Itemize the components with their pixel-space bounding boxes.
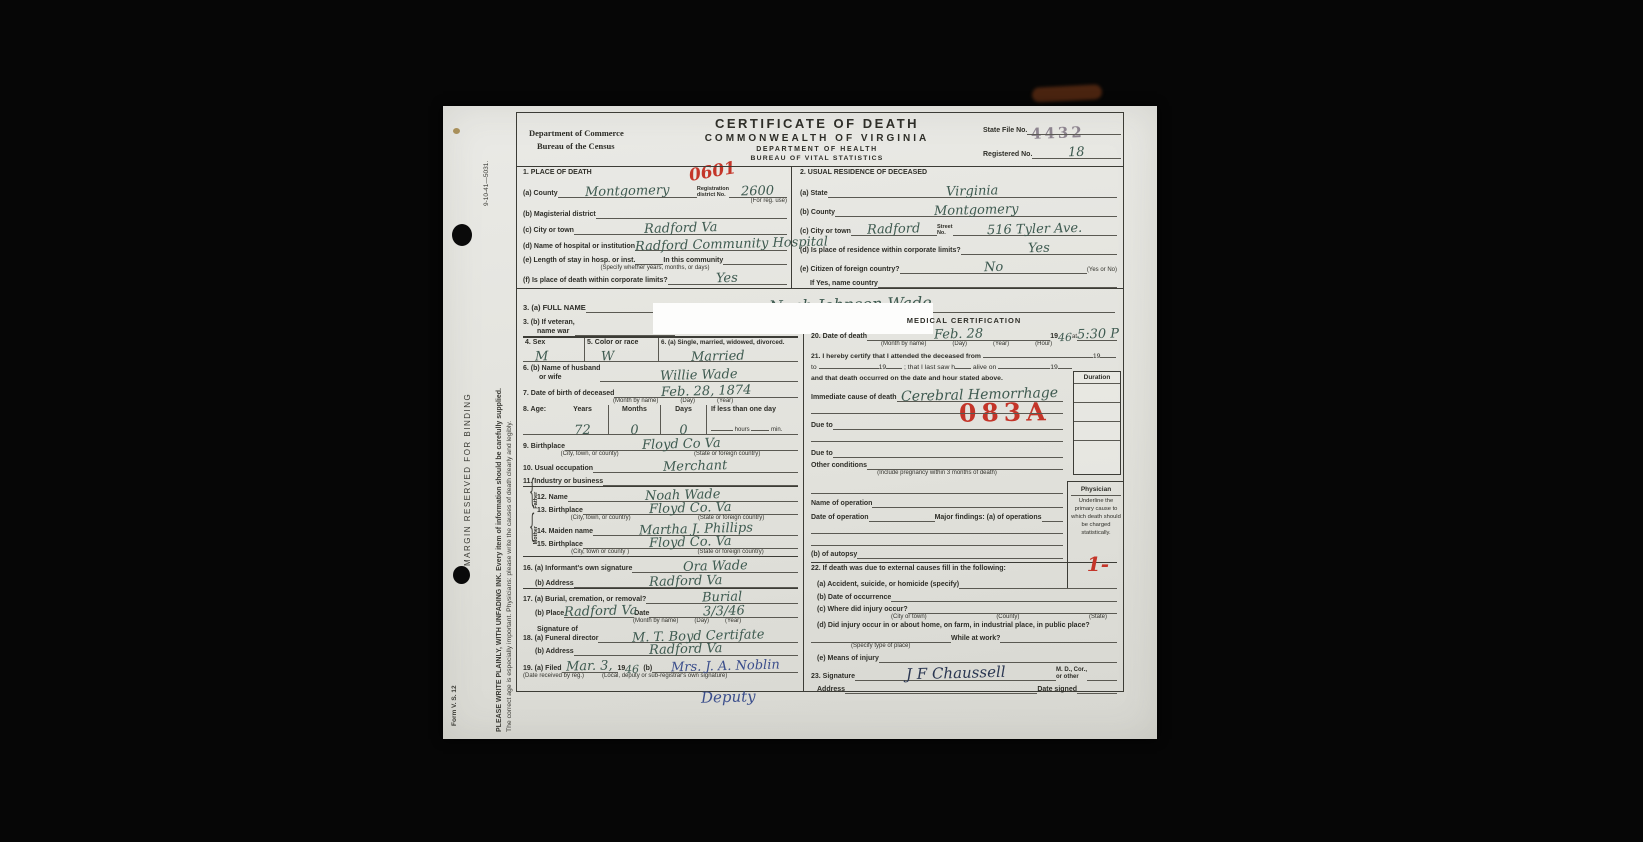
date-signed-label: Date signed xyxy=(1037,686,1077,694)
burial-date-line: 3/3/46 xyxy=(649,606,798,618)
dd-note-month: (Month by name) xyxy=(881,341,926,349)
age-label-cell: 8. Age: xyxy=(523,405,557,434)
father-name-value: Noah Wade xyxy=(645,490,721,501)
mother-bp-note-1: (City, town or county ) xyxy=(571,549,629,556)
months-value: 0 xyxy=(609,425,660,435)
due-to-2-label: Due to xyxy=(811,450,833,458)
age-row: 8. Age: Years 72 Months 0 Days 0 xyxy=(523,405,798,435)
other-conditions-label: Other conditions xyxy=(811,462,867,470)
funeral-address-line: Radford Va xyxy=(574,644,798,656)
occurrence-date-line xyxy=(891,601,1117,602)
sig-address-line xyxy=(845,693,1037,694)
city-town-line: Radford Va xyxy=(574,223,787,235)
commonwealth-subtitle: COMMONWEALTH OF VIRGINIA xyxy=(667,133,967,145)
stay-note: (Specify whether years, months, or days) xyxy=(600,265,709,272)
birth-date-value: Feb. 28, 1874 xyxy=(661,386,752,397)
due-to-1-line xyxy=(833,429,1063,430)
dd-note-year: (Year) xyxy=(993,341,1009,349)
death-year-print: 19 xyxy=(1050,333,1058,341)
form-header: Department of Commerce Bureau of the Cen… xyxy=(517,113,1123,167)
regdist-label: Registration district No. xyxy=(697,186,729,198)
res-corporate-value: Yes xyxy=(1028,244,1050,254)
registrar-line: Mrs. J. A. Noblin xyxy=(652,661,798,673)
md-cor-label: M. D., Cor., or other xyxy=(1056,667,1087,681)
issuing-department: Department of Commerce Bureau of the Cen… xyxy=(529,127,624,153)
birth-note-month: (Month by name) xyxy=(613,398,658,405)
father-birthplace-line: Floyd Co. Va xyxy=(583,503,798,515)
injury-place-line xyxy=(811,636,951,643)
dd-note-hour: (Hour) xyxy=(1035,341,1052,349)
registrar-value: Mrs. J. A. Noblin xyxy=(671,661,780,673)
death-hour-line: 5:30 P xyxy=(1077,329,1117,341)
spouse-value: Willie Wade xyxy=(660,370,738,381)
state-label: (a) State xyxy=(800,190,828,198)
hospital-value: Radford Community Hospital xyxy=(635,237,828,251)
marital-value: Married xyxy=(661,350,796,363)
city-town-value: Radford Va xyxy=(644,223,718,234)
corporate-limits-label: (f) Is place of death within corporate l… xyxy=(523,277,668,285)
binding-margin: 9-10-41—5031. MARGIN RESERVED FOR BINDIN… xyxy=(443,106,515,739)
dept-line-1: Department of Commerce xyxy=(529,127,624,140)
print-code: 9-10-41—5031. xyxy=(483,161,490,206)
magisterial-district-label: (b) Magisterial district xyxy=(523,211,596,219)
magisterial-district-line xyxy=(596,210,787,219)
other-conditions-line xyxy=(867,469,1063,470)
attendance-certification: 21. I hereby certify that I attended the… xyxy=(811,351,1117,384)
sex-label: 4. Sex xyxy=(525,339,582,347)
res-county-value: Montgomery xyxy=(934,205,1019,216)
foreign-citizen-value: No xyxy=(983,263,1002,272)
bureau-vital-statistics: BUREAU OF VITAL STATISTICS xyxy=(667,155,967,163)
county-label: (a) County xyxy=(523,190,558,198)
street-label: Street No. xyxy=(937,224,953,236)
birth-date-line: Feb. 28, 1874 xyxy=(614,386,798,398)
informant-value: Ora Wade xyxy=(683,561,748,572)
corporate-limits-value: Yes xyxy=(716,274,738,284)
registered-no-line: 18 xyxy=(1032,147,1121,159)
s21-19a: 19 xyxy=(1093,353,1101,360)
causes-block: Immediate cause of death Cerebral Hemorr… xyxy=(811,384,1117,478)
occupation-label: 10. Usual occupation xyxy=(523,465,593,473)
burial-value: Burial xyxy=(702,592,742,602)
cause-continuation-line xyxy=(811,413,1063,414)
duration-line-3 xyxy=(1074,422,1120,441)
years-value: 72 xyxy=(557,425,608,435)
death-date-value: Feb. 28 xyxy=(934,329,983,339)
registrar-label: (b) xyxy=(643,665,652,673)
state-line: Virginia xyxy=(828,186,1117,198)
due-to-1b-line xyxy=(811,441,1063,442)
dd-note-day: (Day) xyxy=(952,341,967,349)
place-type-note: (Specify type of place) xyxy=(851,643,910,651)
state-file-label: State File No. xyxy=(983,127,1027,135)
burial-note-year: (Year) xyxy=(725,618,741,625)
birthplace-note-1: (City, town, or county) xyxy=(561,451,619,458)
while-at-work-label: While at work? xyxy=(951,635,1000,643)
informant-line: Ora Wade xyxy=(632,561,798,573)
days-value: 0 xyxy=(661,425,706,435)
burial-line: Burial xyxy=(646,592,798,604)
state-file-line xyxy=(1027,134,1121,135)
physician-header: Physician xyxy=(1071,486,1121,496)
filed-label: 19. (a) Filed xyxy=(523,665,562,673)
s21-19c: 19 xyxy=(1050,364,1058,371)
signature-label: 23. Signature xyxy=(811,673,855,681)
operation-name-line xyxy=(872,507,1063,508)
filed-year-value: 46 xyxy=(625,665,639,674)
hospital-line: Radford Community Hospital xyxy=(635,239,787,251)
res-county-label: (b) County xyxy=(800,209,835,217)
spacer-line xyxy=(811,493,1063,494)
regdist-line: 2600 xyxy=(729,186,787,198)
cause-line: Cerebral Hemorrhage xyxy=(897,390,1063,402)
section-1-title: 1. PLACE OF DEATH xyxy=(523,169,787,179)
physician-box: Physician Underline the primary cause to… xyxy=(1067,481,1123,589)
father-birthplace-value: Floyd Co. Va xyxy=(649,503,732,514)
birthplace-line: Floyd Co Va xyxy=(565,439,798,451)
death-hour-value: 5:30 P xyxy=(1077,329,1119,339)
death-date-label: 20. Date of death xyxy=(811,333,867,341)
s21-mid: ; that I last saw h xyxy=(904,364,955,371)
yes-no-note: (Yes or No) xyxy=(1087,267,1117,274)
autopsy-line xyxy=(857,558,1063,559)
certificate-title: CERTIFICATE OF DEATH xyxy=(667,117,967,132)
section-2-title: 2. USUAL RESIDENCE OF DECEASED xyxy=(800,169,1117,179)
death-date-line: Feb. 28 xyxy=(867,329,1050,341)
sig-address-label: Address xyxy=(811,686,845,694)
physician-note: Underline the primary cause to which dea… xyxy=(1071,498,1121,537)
father-bp-note-1: (City, town, or country) xyxy=(571,515,631,522)
age-days-cell: Days 0 xyxy=(661,405,707,434)
paper-speck xyxy=(453,128,460,134)
race-value: W xyxy=(587,351,656,362)
margin-binding-text: MARGIN RESERVED FOR BINDING xyxy=(463,393,472,566)
burial-place-label: (b) Place xyxy=(523,610,564,618)
occurrence-date-label: (b) Date of occurrence xyxy=(811,594,891,602)
less-than-day-cell: If less than one day hours min. xyxy=(707,405,798,434)
father-brace: { xyxy=(529,476,535,513)
findings-line-3 xyxy=(811,545,1063,546)
injury-note-county: (County) xyxy=(996,614,1019,622)
veteran-label: 3. (b) If veteran, name war xyxy=(523,318,575,336)
age-months-cell: Months 0 xyxy=(609,405,661,434)
lower-columns: 3. (b) If veteran, name war 4. Sex M 5. … xyxy=(517,315,1123,691)
s21-line1: 21. I hereby certify that I attended the… xyxy=(811,353,981,360)
race-cell: 5. Color or race W xyxy=(585,338,659,361)
hospital-label: (d) Name of hospital or institution xyxy=(523,243,635,251)
marital-label: 6. (a) Single, married, widowed, divorce… xyxy=(661,339,796,346)
means-of-injury-label: (e) Means of injury xyxy=(811,655,879,663)
father-group: Father { 12. Name Noah Wade 13. Birthpla… xyxy=(523,486,798,522)
duration-line-1 xyxy=(1074,384,1120,403)
min-label: min. xyxy=(771,427,782,433)
father-birthplace-label: 13. Birthplace xyxy=(537,507,583,515)
instruction-line-2: The correct age is especially important.… xyxy=(506,421,513,732)
hole-punch-top xyxy=(452,224,472,246)
informant-address-value: Radford Va xyxy=(649,576,723,587)
foreign-citizen-line: No xyxy=(900,262,1087,274)
res-city-value: Radford xyxy=(867,224,921,234)
mother-name-label: 14. Maiden name xyxy=(537,528,593,536)
birth-note-year: (Year) xyxy=(717,398,733,405)
regdist-value: 2600 xyxy=(741,187,774,197)
funeral-address-value: Radford Va xyxy=(649,644,723,655)
s21-alive: alive on xyxy=(973,364,996,371)
certificate-form: 0601 4432 Department of Commerce Bureau … xyxy=(516,112,1124,692)
city-town-label: (c) City or town xyxy=(523,227,574,235)
sex-race-marital-row: 4. Sex M 5. Color or race W 6. (a) Singl… xyxy=(523,337,798,362)
mother-brace: { xyxy=(529,511,535,548)
mother-birthplace-line: Floyd Co. Va xyxy=(583,537,798,549)
mother-group: Mother { 14. Maiden name Martha J. Phill… xyxy=(523,522,798,556)
dept-health: DEPARTMENT OF HEALTH xyxy=(667,146,967,154)
filed-line: Mar. 3, xyxy=(562,661,618,673)
corporate-limits-line: Yes xyxy=(668,273,787,285)
duration-line-2 xyxy=(1074,403,1120,422)
burial-place-line: Radford Va xyxy=(564,606,634,618)
duration-line-4 xyxy=(1074,441,1120,460)
instruction-line-1: PLEASE WRITE PLAINLY, WITH UNFADING INK.… xyxy=(496,388,503,732)
registered-no-value: 18 xyxy=(1068,148,1085,157)
funeral-director-label: Signature of 18. (a) Funeral director xyxy=(523,626,598,643)
mother-birthplace-label: 15. Birthplace xyxy=(537,541,583,549)
occupation-value: Merchant xyxy=(663,461,727,472)
stay-length-label: (e) Length of stay in hosp. or inst. xyxy=(523,257,635,265)
injury-where-line xyxy=(908,613,1117,614)
medical-column: 083A 1- MEDICAL CERTIFICATION 20. Date o… xyxy=(804,315,1123,691)
street-value: 516 Tyler Ave. xyxy=(987,224,1082,235)
stay-length-line xyxy=(635,258,663,265)
state-value: Virginia xyxy=(946,186,999,196)
full-name-label: 3. (a) FULL NAME xyxy=(523,304,586,313)
section-1-place-of-death: 1. PLACE OF DEATH (a) County Montgomery … xyxy=(517,167,792,288)
sex-cell: 4. Sex M xyxy=(523,338,585,361)
foreign-citizen-label: (e) Citizen of foreign country? xyxy=(800,266,900,274)
res-city-line: Radford xyxy=(851,224,937,236)
age-years-cell: Years 72 xyxy=(557,405,609,434)
md-cor-line xyxy=(1087,674,1117,681)
signature-line: J F Chaussell xyxy=(855,668,1056,681)
industry-line xyxy=(603,477,798,486)
duration-box: Duration xyxy=(1073,371,1121,475)
injury-note-state: (State) xyxy=(1089,614,1107,622)
major-findings-label: Major findings: (a) of operations xyxy=(935,514,1042,522)
informant-label: 16. (a) Informant's own signature xyxy=(523,565,632,573)
operation-date-line xyxy=(869,515,935,522)
spouse-label: 6. (b) Name of husband or wife xyxy=(523,365,600,382)
death-certificate-scan: 9-10-41—5031. MARGIN RESERVED FOR BINDIN… xyxy=(443,106,1157,739)
injury-home-label: (d) Did injury occur in or about home, o… xyxy=(811,622,1117,632)
birthplace-label: 9. Birthplace xyxy=(523,443,565,451)
autopsy-label: (b) of autopsy xyxy=(811,551,857,559)
due-to-2-line xyxy=(833,457,1063,458)
sex-value: M xyxy=(525,351,582,361)
age-label: 8. Age: xyxy=(523,406,557,414)
death-year-value: 46 xyxy=(1058,333,1072,342)
res-county-line: Montgomery xyxy=(835,205,1117,217)
less-than-day-label: If less than one day xyxy=(711,406,798,414)
burial-date-value: 3/3/46 xyxy=(703,606,745,616)
section-2-usual-residence: 2. USUAL RESIDENCE OF DECEASED (a) State… xyxy=(792,167,1123,288)
marital-cell: 6. (a) Single, married, widowed, divorce… xyxy=(659,338,798,361)
file-numbers: State File No. Registered No. 18 xyxy=(983,123,1121,159)
s21-to: to xyxy=(811,364,817,371)
funeral-address-label: (b) Address xyxy=(523,648,574,656)
pregnancy-note: (Include pregnancy within 3 months of de… xyxy=(877,470,997,478)
date-signed-line xyxy=(1077,687,1117,694)
dept-line-2: Bureau of the Census xyxy=(529,140,624,153)
months-label: Months xyxy=(609,406,660,414)
duration-header: Duration xyxy=(1074,372,1120,384)
name-country-label: If Yes, name country xyxy=(800,280,878,288)
mother-bp-note-2: (State or foreign country) xyxy=(697,549,763,556)
deputy-annotation: Deputy xyxy=(701,688,756,706)
name-country-line xyxy=(878,287,1117,288)
in-community-line xyxy=(723,264,787,265)
regdist-note: (For reg. use) xyxy=(751,198,787,205)
birthplace-value: Floyd Co Va xyxy=(642,439,721,450)
cause-value: Cerebral Hemorrhage xyxy=(901,389,1058,402)
res-corporate-line: Yes xyxy=(961,243,1117,255)
title-block: CERTIFICATE OF DEATH COMMONWEALTH OF VIR… xyxy=(667,117,967,163)
birthplace-note-2: (State or foreign country) xyxy=(694,451,760,458)
informant-address-label: (b) Address xyxy=(523,580,574,588)
father-name-label: 12. Name xyxy=(537,494,568,502)
hours-label: hours xyxy=(735,427,750,433)
accident-label: (a) Accident, suicide, or homicide (spec… xyxy=(811,581,959,589)
burial-place-value: Radford Va xyxy=(564,606,638,617)
while-at-work-line xyxy=(1000,642,1117,643)
mother-birthplace-value: Floyd Co. Va xyxy=(649,537,732,548)
county-value: Montgomery xyxy=(585,186,670,197)
s21-line3: and that death occurred on the date and … xyxy=(811,375,1003,382)
occupation-line: Merchant xyxy=(593,461,798,473)
form-number: Form V. S. 12 xyxy=(451,685,458,726)
in-community-label: In this community xyxy=(663,257,723,265)
personal-column: 3. (b) If veteran, name war 4. Sex M 5. … xyxy=(517,315,804,691)
findings-line xyxy=(1042,521,1063,522)
scan-smudge xyxy=(1032,84,1103,103)
birth-date-label: 7. Date of birth of deceased xyxy=(523,390,614,398)
accident-line xyxy=(959,588,1117,589)
hole-punch-bottom xyxy=(453,566,470,584)
operation-name-label: Name of operation xyxy=(811,500,872,508)
mother-name-value: Martha J. Phillips xyxy=(638,523,752,535)
county-line: Montgomery xyxy=(558,186,697,198)
signature-value: J F Chaussell xyxy=(906,668,1006,680)
filed-value: Mar. 3, xyxy=(566,661,613,671)
registered-no-label: Registered No. xyxy=(983,151,1032,159)
cause-label: Immediate cause of death xyxy=(811,394,897,402)
s21-19b: 19 xyxy=(879,364,887,371)
injury-where-label: (c) Where did injury occur? xyxy=(811,606,908,614)
due-to-1-label: Due to xyxy=(811,422,833,430)
years-label: Years xyxy=(557,406,608,414)
medical-certification-title: MEDICAL CERTIFICATION xyxy=(811,317,1117,327)
race-label: 5. Color or race xyxy=(587,339,656,347)
street-line: 516 Tyler Ave. xyxy=(953,224,1117,236)
veteran-line xyxy=(575,335,675,336)
informant-address-line: Radford Va xyxy=(574,576,798,588)
place-and-residence: 1. PLACE OF DEATH (a) County Montgomery … xyxy=(517,167,1123,289)
spouse-line: Willie Wade xyxy=(600,370,798,382)
operation-date-label: Date of operation xyxy=(811,514,869,522)
findings-line-2 xyxy=(811,533,1063,534)
burial-note-month: (Month by name) xyxy=(633,618,678,625)
days-label: Days xyxy=(661,406,706,414)
injury-note-city: (City or town) xyxy=(891,614,927,622)
